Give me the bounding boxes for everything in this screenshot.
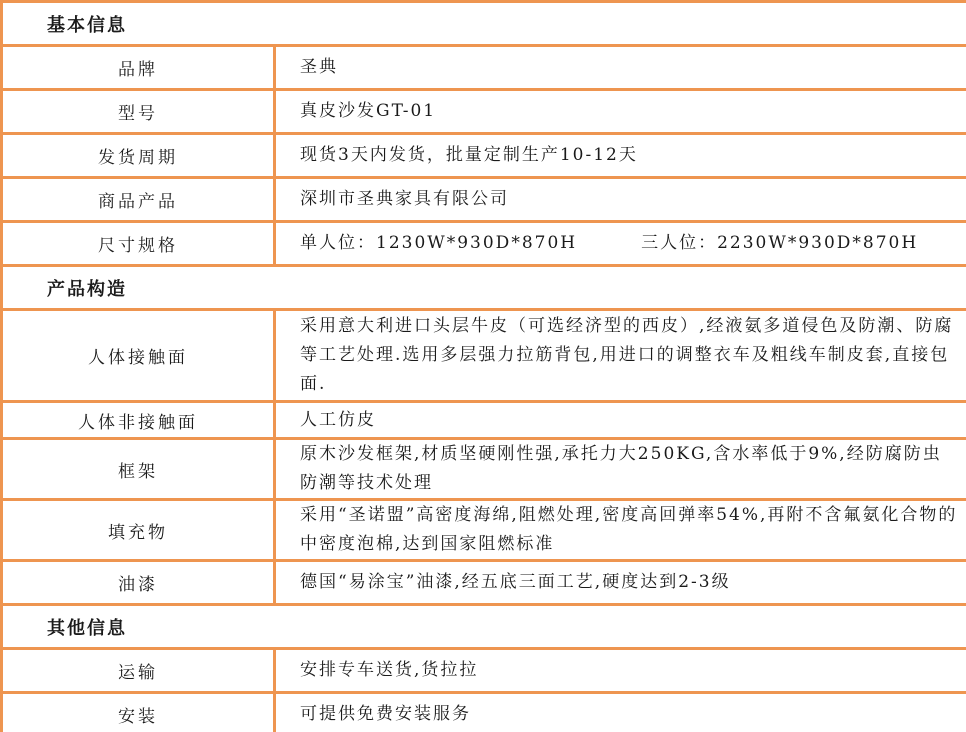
table-row: 人体非接触面 人工仿皮 <box>2 402 966 439</box>
row-value-manufacturer: 深圳市圣典家具有限公司 <box>275 178 966 222</box>
row-value-contact-surface: 采用意大利进口头层牛皮（可选经济型的西皮）,经液氨多道侵色及防潮、防腐等工艺处理… <box>275 310 966 402</box>
row-label-frame: 框架 <box>2 439 275 500</box>
table-row: 品牌 圣典 <box>2 46 966 90</box>
section-header-row: 产品构造 <box>2 266 966 310</box>
dimension-single-seat: 单人位：1230W*930D*870H <box>300 233 577 253</box>
row-value-dimensions: 单人位：1230W*930D*870H三人位：2230W*930D*870H <box>275 222 966 266</box>
section-title-basic-info: 基本信息 <box>2 2 966 46</box>
table-row: 型号 真皮沙发GT-01 <box>2 90 966 134</box>
row-value-frame: 原木沙发框架,材质坚硬刚性强,承托力大250KG,含水率低于9%,经防腐防虫防潮… <box>275 439 966 500</box>
row-label-brand: 品牌 <box>2 46 275 90</box>
row-value-transport: 安排专车送货,货拉拉 <box>275 649 966 693</box>
product-spec-table: 基本信息 品牌 圣典 型号 真皮沙发GT-01 发货周期 现货3天内发货，批量定… <box>0 0 966 732</box>
table-row: 油漆 德国“易涂宝”油漆,经五底三面工艺,硬度达到2-3级 <box>2 561 966 605</box>
row-value-non-contact-surface: 人工仿皮 <box>275 402 966 439</box>
table-row: 框架 原木沙发框架,材质坚硬刚性强,承托力大250KG,含水率低于9%,经防腐防… <box>2 439 966 500</box>
row-label-filling: 填充物 <box>2 500 275 561</box>
section-header-row: 基本信息 <box>2 2 966 46</box>
table-row: 人体接触面 采用意大利进口头层牛皮（可选经济型的西皮）,经液氨多道侵色及防潮、防… <box>2 310 966 402</box>
row-value-shipping-cycle: 现货3天内发货，批量定制生产10-12天 <box>275 134 966 178</box>
row-label-shipping-cycle: 发货周期 <box>2 134 275 178</box>
row-label-non-contact-surface: 人体非接触面 <box>2 402 275 439</box>
row-value-model: 真皮沙发GT-01 <box>275 90 966 134</box>
row-value-brand: 圣典 <box>275 46 966 90</box>
section-title-construction: 产品构造 <box>2 266 966 310</box>
section-header-row: 其他信息 <box>2 605 966 649</box>
table-row: 安装 可提供免费安装服务 <box>2 693 966 732</box>
row-label-contact-surface: 人体接触面 <box>2 310 275 402</box>
table-row: 发货周期 现货3天内发货，批量定制生产10-12天 <box>2 134 966 178</box>
row-value-installation: 可提供免费安装服务 <box>275 693 966 732</box>
row-label-manufacturer: 商品产品 <box>2 178 275 222</box>
row-label-paint: 油漆 <box>2 561 275 605</box>
row-label-transport: 运输 <box>2 649 275 693</box>
table-row: 填充物 采用“圣诺盟”高密度海绵,阻燃处理,密度高回弹率54%,再附不含氟氨化合… <box>2 500 966 561</box>
row-label-dimensions: 尺寸规格 <box>2 222 275 266</box>
table-row: 商品产品 深圳市圣典家具有限公司 <box>2 178 966 222</box>
row-label-installation: 安装 <box>2 693 275 732</box>
dimension-three-seat: 三人位：2230W*930D*870H <box>641 233 918 253</box>
row-label-model: 型号 <box>2 90 275 134</box>
row-value-filling: 采用“圣诺盟”高密度海绵,阻燃处理,密度高回弹率54%,再附不含氟氨化合物的中密… <box>275 500 966 561</box>
row-value-paint: 德国“易涂宝”油漆,经五底三面工艺,硬度达到2-3级 <box>275 561 966 605</box>
section-title-other-info: 其他信息 <box>2 605 966 649</box>
table-row: 运输 安排专车送货,货拉拉 <box>2 649 966 693</box>
table-row: 尺寸规格 单人位：1230W*930D*870H三人位：2230W*930D*8… <box>2 222 966 266</box>
